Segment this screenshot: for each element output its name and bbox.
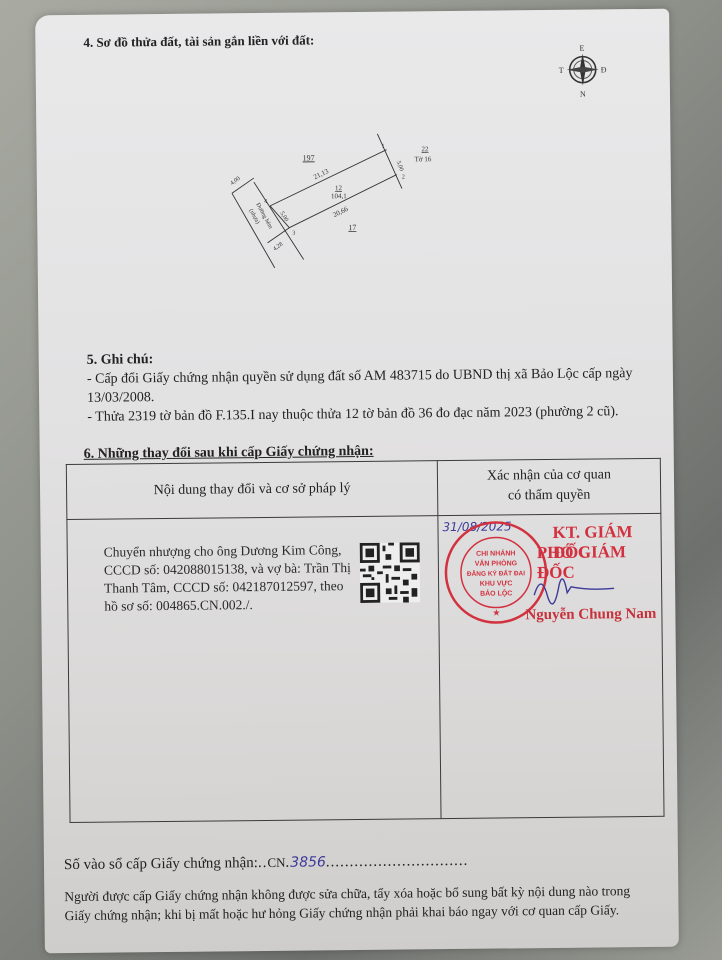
svg-text:1: 1: [381, 144, 384, 150]
certificate-page: 4. Sơ đồ thửa đất, tài sản gắn liền với …: [35, 9, 679, 954]
svg-text:4,28: 4,28: [272, 241, 284, 252]
section-6-heading: 6. Những thay đổi sau khi cấp Giấy chứng…: [84, 444, 374, 463]
change-entry-text: Chuyển nhượng cho ông Dương Kim Công, CC…: [104, 541, 357, 616]
svg-text:Đ: Đ: [601, 65, 607, 74]
svg-text:T: T: [559, 66, 564, 75]
signature-icon: [529, 564, 619, 610]
changes-table: Nội dung thay đổi và cơ sở pháp lý Xác n…: [66, 458, 665, 823]
svg-text:4,00: 4,00: [230, 176, 242, 187]
note-line-1: - Cấp đổi Giấy chứng nhận quyền sử dụng …: [87, 364, 677, 389]
qr-code-icon: [360, 542, 421, 603]
svg-text:E: E: [579, 44, 584, 53]
column-header-content: Nội dung thay đổi và cơ sở pháp lý: [66, 461, 438, 520]
svg-text:VĂN PHÒNG: VĂN PHÒNG: [475, 558, 518, 567]
svg-text:5,00: 5,00: [395, 160, 404, 172]
parcel-sketch: 197 17 22 Tờ 16 12 104,1 21,13 20,66 5,0…: [211, 126, 473, 284]
note-line-2: - Thửa 2319 tờ bản đồ F.135.I nay thuộc …: [87, 402, 677, 427]
registry-number-line: Số vào sổ cấp Giấy chứng nhận:..CN.3856.…: [64, 853, 469, 874]
svg-text:20,66: 20,66: [332, 205, 350, 219]
svg-text:3: 3: [292, 231, 295, 237]
registry-label: Số vào sổ cấp Giấy chứng nhận:: [64, 855, 258, 873]
column-header-confirmation: Xác nhận của cơ quan có thẩm quyền: [437, 458, 661, 515]
compass-rose-icon: E T Đ N: [550, 39, 615, 102]
svg-text:CHI NHÁNH: CHI NHÁNH: [476, 548, 515, 557]
svg-text:ĐĂNG KÝ ĐẤT ĐAI: ĐĂNG KÝ ĐẤT ĐAI: [467, 567, 525, 578]
svg-text:21,13: 21,13: [312, 167, 330, 181]
svg-text:KHU VỰC: KHU VỰC: [480, 580, 513, 587]
svg-text:17: 17: [348, 223, 356, 232]
svg-text:197: 197: [303, 153, 315, 162]
svg-text:2: 2: [402, 174, 405, 180]
section-4-heading: 4. Sơ đồ thửa đất, tài sản gắn liền với …: [83, 32, 314, 50]
change-entry-cell: Chuyển nhượng cho ông Dương Kim Công, CC…: [67, 516, 441, 823]
svg-text:★: ★: [492, 608, 500, 618]
registry-number: 3856: [290, 854, 326, 870]
svg-text:104,1: 104,1: [331, 192, 347, 200]
section-5-heading: 5. Ghi chú:: [87, 352, 154, 369]
svg-text:4: 4: [264, 199, 267, 205]
confirmation-cell: 31/08/2025 CHI NHÁNH VĂN PHÒNG ĐĂNG KÝ Đ…: [438, 513, 664, 818]
svg-text:12: 12: [335, 184, 343, 192]
note-line-1-date: 13/03/2008.: [87, 388, 154, 408]
svg-text:Tờ 16: Tờ 16: [415, 155, 432, 163]
svg-text:BẢO LỘC: BẢO LỘC: [480, 588, 512, 597]
svg-text:22: 22: [421, 145, 429, 153]
signer-name: Nguyễn Chung Nam: [525, 606, 656, 624]
registry-prefix: CN: [267, 855, 285, 870]
svg-text:N: N: [580, 90, 586, 99]
